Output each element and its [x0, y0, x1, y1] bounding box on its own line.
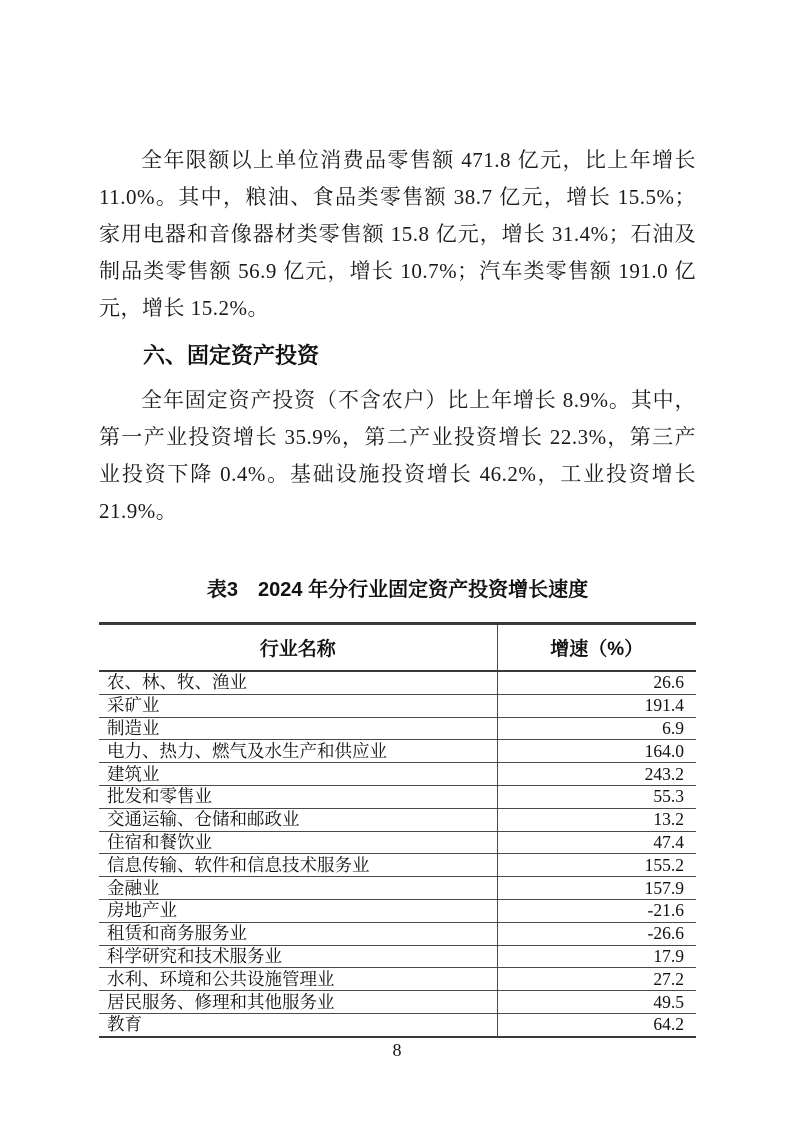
table-row: 交通运输、仓储和邮政业13.2: [99, 808, 696, 831]
table-row: 采矿业191.4: [99, 694, 696, 717]
growth-value-cell: -26.6: [497, 922, 696, 945]
growth-value-cell: 55.3: [497, 785, 696, 808]
growth-value-cell: 164.0: [497, 740, 696, 763]
growth-value-cell: 191.4: [497, 694, 696, 717]
growth-value-cell: 47.4: [497, 831, 696, 854]
industry-name-cell: 水利、环境和公共设施管理业: [99, 968, 497, 991]
table-row: 信息传输、软件和信息技术服务业155.2: [99, 854, 696, 877]
table3-header: 行业名称 增速（%）: [99, 624, 696, 672]
industry-name-cell: 制造业: [99, 717, 497, 740]
table-row: 教育64.2: [99, 1013, 696, 1036]
industry-name-cell: 房地产业: [99, 899, 497, 922]
industry-name-cell: 金融业: [99, 877, 497, 900]
table3-body: 农、林、牧、渔业26.6采矿业191.4制造业6.9电力、热力、燃气及水生产和供…: [99, 671, 696, 1037]
paragraph-retail-sales: 全年限额以上单位消费品零售额 471.8 亿元，比上年增长 11.0%。其中，粮…: [99, 142, 696, 327]
industry-name-cell: 采矿业: [99, 694, 497, 717]
growth-value-cell: 6.9: [497, 717, 696, 740]
industry-name-cell: 科学研究和技术服务业: [99, 945, 497, 968]
industry-name-cell: 信息传输、软件和信息技术服务业: [99, 854, 497, 877]
table-row: 批发和零售业55.3: [99, 785, 696, 808]
col-header-growth: 增速（%）: [497, 624, 696, 672]
industry-name-cell: 教育: [99, 1013, 497, 1036]
paragraph-investment: 全年固定资产投资（不含农户）比上年增长 8.9%。其中，第一产业投资增长 35.…: [99, 382, 696, 530]
growth-value-cell: 27.2: [497, 968, 696, 991]
table-row: 租赁和商务服务业-26.6: [99, 922, 696, 945]
table-row: 房地产业-21.6: [99, 899, 696, 922]
industry-name-cell: 建筑业: [99, 763, 497, 786]
growth-value-cell: 26.6: [497, 671, 696, 694]
table-row: 制造业6.9: [99, 717, 696, 740]
growth-value-cell: 155.2: [497, 854, 696, 877]
table-row: 住宿和餐饮业47.4: [99, 831, 696, 854]
industry-name-cell: 居民服务、修理和其他服务业: [99, 991, 497, 1014]
industry-name-cell: 农、林、牧、渔业: [99, 671, 497, 694]
industry-name-cell: 电力、热力、燃气及水生产和供应业: [99, 740, 497, 763]
table-row: 水利、环境和公共设施管理业27.2: [99, 968, 696, 991]
industry-name-cell: 住宿和餐饮业: [99, 831, 497, 854]
growth-value-cell: 17.9: [497, 945, 696, 968]
table-row: 科学研究和技术服务业17.9: [99, 945, 696, 968]
page-number: 8: [0, 1040, 794, 1061]
section-heading-fixed-asset-investment: 六、固定资产投资: [99, 341, 696, 371]
industry-name-cell: 交通运输、仓储和邮政业: [99, 808, 497, 831]
industry-name-cell: 批发和零售业: [99, 785, 497, 808]
table-row: 农、林、牧、渔业26.6: [99, 671, 696, 694]
growth-value-cell: 243.2: [497, 763, 696, 786]
growth-value-cell: 157.9: [497, 877, 696, 900]
col-header-industry: 行业名称: [99, 624, 497, 672]
table-row: 建筑业243.2: [99, 763, 696, 786]
page-content: 全年限额以上单位消费品零售额 471.8 亿元，比上年增长 11.0%。其中，粮…: [99, 0, 696, 1038]
table3-title: 表3 2024 年分行业固定资产投资增长速度: [99, 576, 696, 604]
growth-value-cell: 13.2: [497, 808, 696, 831]
header-row: 行业名称 增速（%）: [99, 624, 696, 672]
table-row: 金融业157.9: [99, 877, 696, 900]
growth-value-cell: 49.5: [497, 991, 696, 1014]
growth-value-cell: -21.6: [497, 899, 696, 922]
industry-name-cell: 租赁和商务服务业: [99, 922, 497, 945]
table3: 行业名称 增速（%） 农、林、牧、渔业26.6采矿业191.4制造业6.9电力、…: [99, 622, 696, 1038]
table-row: 电力、热力、燃气及水生产和供应业164.0: [99, 740, 696, 763]
growth-value-cell: 64.2: [497, 1013, 696, 1036]
table-row: 居民服务、修理和其他服务业49.5: [99, 991, 696, 1014]
document-page: { "paragraphs": { "retail_sales": "全年限额以…: [0, 0, 794, 1123]
